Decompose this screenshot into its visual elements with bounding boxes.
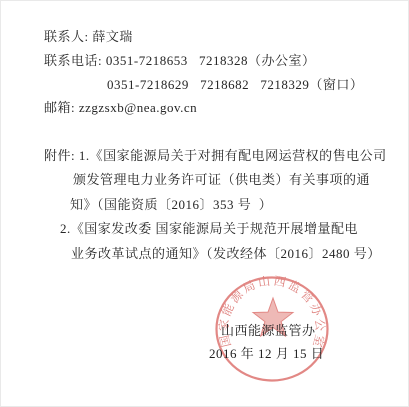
- document-page: 联系人: 薛文瑞 联系电话: 0351-7218653 7218328（办公室）…: [0, 0, 409, 407]
- contact-phone-line-1: 联系电话: 0351-7218653 7218328（办公室）: [44, 53, 315, 69]
- signature-date: 2016 年 12 月 15 日: [209, 346, 324, 362]
- attachment-line-2: 颁发管理电力业务许可证（供电类）有关事项的通: [73, 172, 370, 188]
- attachment-line-3: 知》（国能资质〔2016〕353 号 ）: [70, 197, 272, 213]
- signature-office-name: 山西能源监管办: [221, 323, 316, 339]
- attachment-line-1: 附件: 1.《国家能源局关于对拥有配电网运营权的售电公司: [44, 148, 387, 164]
- contact-person-line: 联系人: 薛文瑞: [44, 29, 133, 45]
- attachment-line-5: 业务改革试点的通知》（发改经体〔2016〕2480 号）: [71, 246, 381, 262]
- contact-phone-line-2: 0351-7218629 7218682 7218329（窗口）: [107, 77, 363, 93]
- attachment-line-4: 2.《国家发改委 国家能源局关于规范开展增量配电: [60, 221, 358, 237]
- contact-email-line: 邮箱: zzgzsxb@nea.gov.cn: [44, 100, 197, 116]
